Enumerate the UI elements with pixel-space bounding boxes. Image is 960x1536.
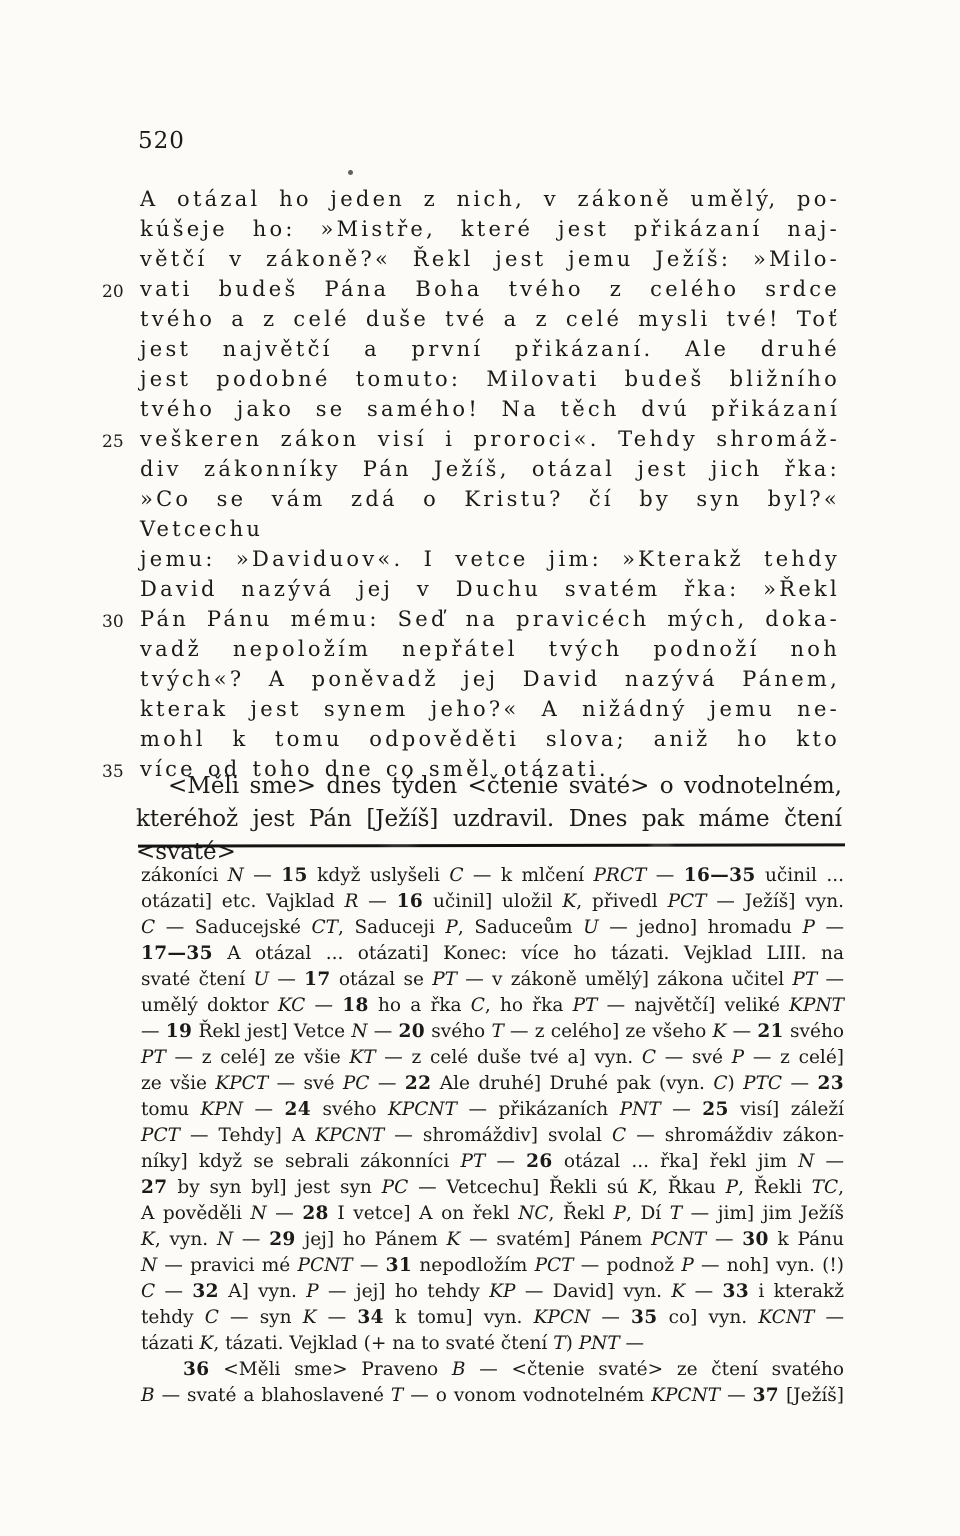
apparatus-line: B — svaté a blahoslavené T — o vonom vod… xyxy=(141,1383,844,1409)
verse-line-text: tvého a z celé duše tvé a z celé mysli t… xyxy=(140,307,840,331)
verse-line: kúšeje ho: »Mistře, které jest přikázaní… xyxy=(140,214,840,244)
apparatus-line: 17—35 A otázal ... otázati] Konec: více … xyxy=(141,941,844,967)
verse-line-text: vati budeš Pána Boha tvého z celého srdc… xyxy=(140,277,840,301)
verse-line: 20vati budeš Pána Boha tvého z celého sr… xyxy=(140,274,840,304)
verse-line: vadž nepoložím nepřátel tvých podnoží no… xyxy=(140,634,840,664)
apparatus-line: ze všie KPCT — své PC — 22 Ale druhé] Dr… xyxy=(141,1071,844,1097)
apparatus-line: tomu KPN — 24 svého KPCNT — přikázaních … xyxy=(141,1097,844,1123)
apparatus-line: A pověděli N — 28 I vetce] A on řekl NC,… xyxy=(141,1201,844,1227)
verse-line-number: 30 xyxy=(102,607,124,637)
verse-line-text: větčí v zákoně?« Řekl jest jemu Ježíš: »… xyxy=(140,247,840,271)
verse-line-text: »Co se vám zdá o Kristu? čí by syn byl?«… xyxy=(140,487,840,541)
verse-line-number: 20 xyxy=(102,277,124,307)
page-number: 520 xyxy=(138,128,185,154)
apparatus-line: umělý doktor KC — 18 ho a řka C, ho řka … xyxy=(141,993,844,1019)
verse-line-number: 25 xyxy=(102,427,124,457)
book-page: 520 A otázal ho jeden z nich, v zákoně u… xyxy=(0,0,960,1536)
verse-line: tvých«? A poněvadž jej David nazývá Páne… xyxy=(140,664,840,694)
verse-line: větčí v zákoně?« Řekl jest jemu Ježíš: »… xyxy=(140,244,840,274)
apparatus-line: — 19 Řekl jest] Vetce N — 20 svého T — z… xyxy=(141,1019,844,1045)
verse-line-text: tvých«? A poněvadž jej David nazývá Páne… xyxy=(140,667,840,691)
verse-line-text: Pán Pánu mému: Seď na pravicéch mých, do… xyxy=(140,607,840,631)
verse-line-text: mohl k tomu odpověděti slova; aniž ho kt… xyxy=(140,727,840,751)
verse-line: A otázal ho jeden z nich, v zákoně umělý… xyxy=(140,184,840,214)
paragraph-line: kteréhož jest Pán [Ježíš] uzdravil. Dnes… xyxy=(136,803,842,869)
verse-line: div zákonníky Pán Ježíš, otázal jest jic… xyxy=(140,454,840,484)
verse-line-text: jest podobné tomuto: Milovati budeš bliž… xyxy=(140,367,840,391)
verse-line-text: veškeren zákon visí i proroci«. Tehdy sh… xyxy=(140,427,840,451)
apparatus-line: N — pravici mé PCNT — 31 nepodložím PCT … xyxy=(141,1253,844,1279)
verse-line-text: jest najvětčí a první přikázaní. Ale dru… xyxy=(140,337,840,361)
apparatus-line: PT — z celé] ze všie KT — z celé duše tv… xyxy=(141,1045,844,1071)
verse-line-text: jemu: »Daviduov«. I vetce jim: »Kterakž … xyxy=(140,547,840,571)
verse-line: David nazývá jej v Duchu svatém řka: »Ře… xyxy=(140,574,840,604)
verse-line: 25veškeren zákon visí i proroci«. Tehdy … xyxy=(140,424,840,454)
verse-line-text: vadž nepoložím nepřátel tvých podnoží no… xyxy=(140,637,840,661)
verse-line-text: A otázal ho jeden z nich, v zákoně umělý… xyxy=(140,187,840,211)
verse-line-text: tvého jako se samého! Na těch dvú přikáz… xyxy=(140,397,840,421)
main-text-block: A otázal ho jeden z nich, v zákoně umělý… xyxy=(140,184,840,784)
apparatus-line: svaté čtení U — 17 otázal se PT — v záko… xyxy=(141,967,844,993)
verse-line: 30Pán Pánu mému: Seď na pravicéch mých, … xyxy=(140,604,840,634)
apparatus-line: 27 by syn byl] jest syn PC — Vetcechu] Ř… xyxy=(141,1175,844,1201)
verse-line-number: 35 xyxy=(102,757,124,787)
apparatus-line: níky] když se sebrali zákonníci PT — 26 … xyxy=(141,1149,844,1175)
apparatus-line: otázati] etc. Vajklad R — 16 učinil] ulo… xyxy=(141,889,844,915)
verse-line: mohl k tomu odpověděti slova; aniž ho kt… xyxy=(140,724,840,754)
ink-speck xyxy=(348,170,353,175)
verse-line-text: kúšeje ho: »Mistře, které jest přikázaní… xyxy=(140,217,840,241)
apparatus-line: tázati K, tázati. Vejklad (+ na to svaté… xyxy=(141,1331,844,1357)
apparatus-line: PCT — Tehdy] A KPCNT — shromáždiv] svola… xyxy=(141,1123,844,1149)
apparatus-line: C — 32 A] vyn. P — jej] ho tehdy KP — Da… xyxy=(141,1279,844,1305)
verse-line: tvého jako se samého! Na těch dvú přikáz… xyxy=(140,394,840,424)
verse-line-text: kterak jest synem jeho?« A nižádný jemu … xyxy=(140,697,840,721)
verse-line: kterak jest synem jeho?« A nižádný jemu … xyxy=(140,694,840,724)
note-paragraph: <Měli sme> dnes týden <čtenie svaté> o v… xyxy=(136,770,842,869)
apparatus-line: zákoníci N — 15 když uslyšeli C — k mlče… xyxy=(141,863,844,889)
apparatus-line: C — Saducejské CT, Saduceji P, Saduceům … xyxy=(141,915,844,941)
verse-line: jest podobné tomuto: Milovati budeš bliž… xyxy=(140,364,840,394)
paragraph-line: <Měli sme> dnes týden <čtenie svaté> o v… xyxy=(136,770,842,803)
apparatus-line: K, vyn. N — 29 jej] ho Pánem K — svatém]… xyxy=(141,1227,844,1253)
verse-line: jemu: »Daviduov«. I vetce jim: »Kterakž … xyxy=(140,544,840,574)
verse-line: »Co se vám zdá o Kristu? čí by syn byl?«… xyxy=(140,484,840,544)
verse-line: jest najvětčí a první přikázaní. Ale dru… xyxy=(140,334,840,364)
verse-line-text: David nazývá jej v Duchu svatém řka: »Ře… xyxy=(140,577,840,601)
apparatus-line: tehdy C — syn K — 34 k tomu] vyn. KPCN —… xyxy=(141,1305,844,1331)
verse-line: tvého a z celé duše tvé a z celé mysli t… xyxy=(140,304,840,334)
verse-line-text: div zákonníky Pán Ježíš, otázal jest jic… xyxy=(140,457,840,481)
critical-apparatus: zákoníci N — 15 když uslyšeli C — k mlče… xyxy=(141,863,844,1409)
apparatus-line: 36 <Měli sme> Praveno B — <čtenie svaté>… xyxy=(141,1357,844,1383)
